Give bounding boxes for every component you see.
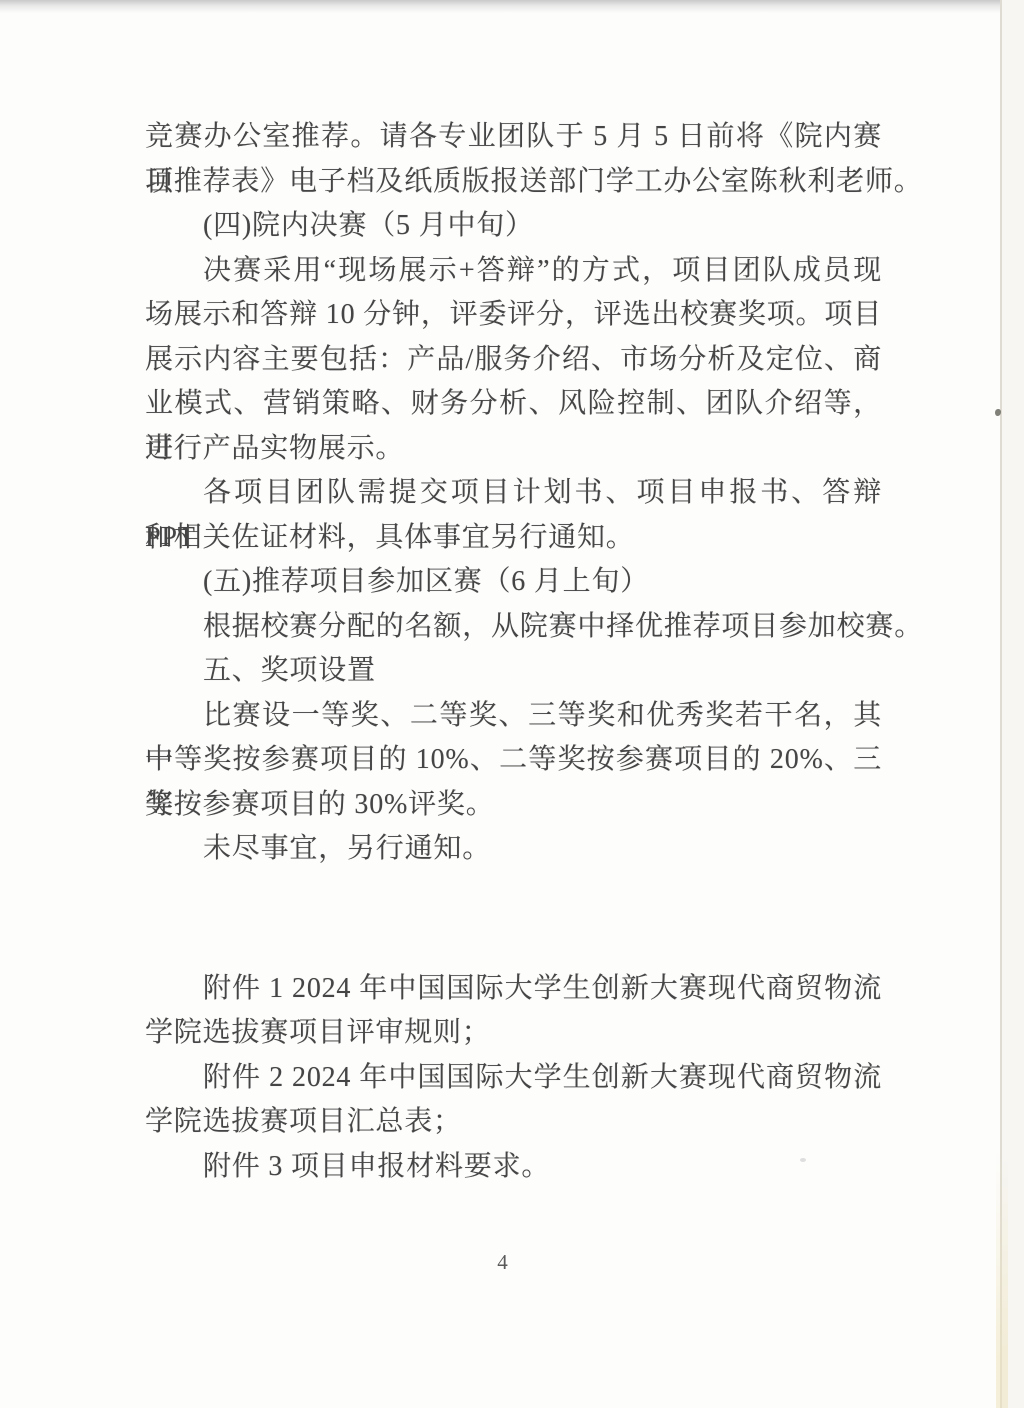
document-line: 附件 2 2024 年中国国际大学生创新大赛现代商贸物流: [145, 1056, 882, 1101]
document-line: 根据校赛分配的名额，从院赛中择优推荐项目参加校赛。: [145, 605, 882, 650]
document-line: 一等奖按参赛项目的 10%、二等奖按参赛项目的 20%、三等: [145, 738, 882, 783]
document-line: 附件 1 2024 年中国国际大学生创新大赛现代商贸物流: [145, 967, 882, 1012]
document-line: 五、奖项设置: [145, 649, 882, 694]
paper-edge-strip: [1000, 0, 1024, 1408]
document-line: 奖按参赛项目的 30%评奖。: [145, 783, 882, 828]
document-line: 比赛设一等奖、二等奖、三等奖和优秀奖若干名，其中: [145, 694, 882, 739]
document-line: 进行产品实物展示。: [145, 427, 882, 472]
document-line: (四)院内决赛（5 月中旬）: [145, 204, 882, 249]
document-line: 展示内容主要包括：产品/服务介绍、市场分析及定位、商: [145, 338, 882, 383]
document-line: 和相关佐证材料，具体事宜另行通知。: [145, 516, 882, 561]
document-line: 各项目团队需提交项目计划书、项目申报书、答辩 PPT: [145, 471, 882, 516]
document-line: 学院选拔赛项目评审规则；: [145, 1011, 882, 1056]
scanned-document-page: 竞赛办公室推荐。请各专业团队于 5 月 5 日前将《院内赛项目推荐表》电子档及纸…: [0, 0, 1024, 1408]
document-line: 业模式、营销策略、财务分析、风险控制、团队介绍等，可: [145, 382, 882, 427]
document-line: 未尽事宜，另行通知。: [145, 827, 882, 872]
document-line: 目推荐表》电子档及纸质版报送部门学工办公室陈秋利老师。: [145, 160, 882, 205]
paragraph-gap: [145, 872, 882, 967]
document-line: (五)推荐项目参加区赛（6 月上旬）: [145, 560, 882, 605]
document-line: 学院选拔赛项目汇总表；: [145, 1100, 882, 1145]
document-line: 场展示和答辩 10 分钟，评委评分，评选出校赛奖项。项目: [145, 293, 882, 338]
document-line: 附件 3 项目申报材料要求。: [145, 1145, 882, 1190]
document-line: 决赛采用“现场展示+答辩”的方式，项目团队成员现: [145, 249, 882, 294]
scanner-shadow-band: [0, 0, 1024, 13]
document-text-block: 竞赛办公室推荐。请各专业团队于 5 月 5 日前将《院内赛项目推荐表》电子档及纸…: [145, 115, 882, 1189]
page-number: 4: [0, 1250, 1005, 1275]
document-line: 竞赛办公室推荐。请各专业团队于 5 月 5 日前将《院内赛项: [145, 115, 882, 160]
